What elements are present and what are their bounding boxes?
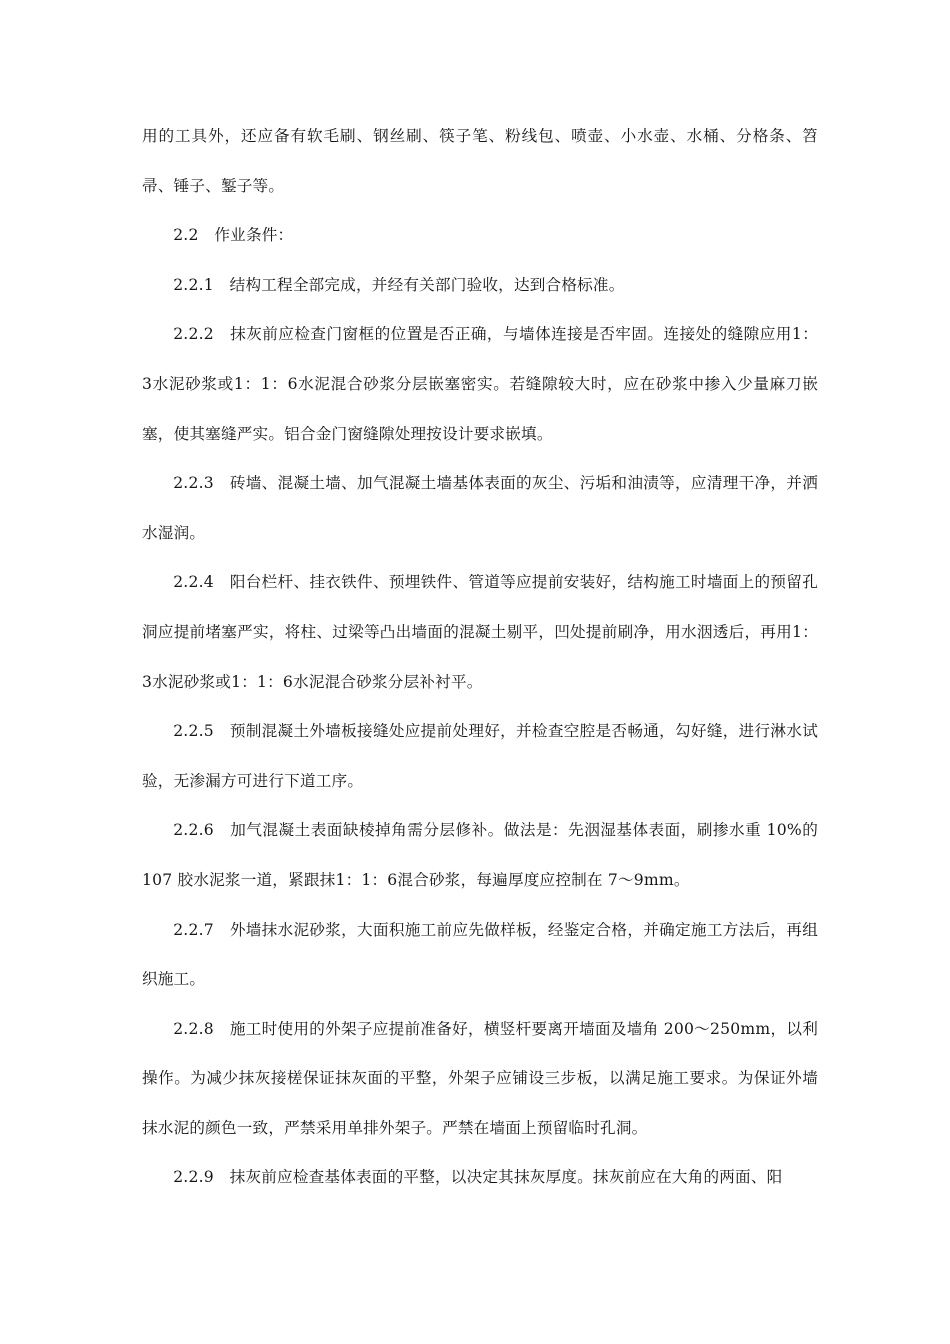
paragraph: 2.2.2 抹灰前应检查门窗框的位置是否正确，与墙体连接是否牢固。连接处的缝隙应…: [142, 310, 818, 459]
paragraph: 2.2.9 抹灰前应检查基体表面的平整，以决定其抹灰厚度。抹灰前应在大角的两面、…: [142, 1153, 818, 1203]
paragraph: 2.2.3 砖墙、混凝土墙、加气混凝土墙基体表面的灰尘、污垢和油渍等，应清理干净…: [142, 459, 818, 558]
paragraph: 2.2 作业条件：: [142, 211, 818, 261]
paragraph: 2.2.1 结构工程全部完成，并经有关部门验收，达到合格标准。: [142, 261, 818, 311]
document-page: 用的工具外，还应备有软毛刷、钢丝刷、筷子笔、粉线包、喷壶、小水壶、水桶、分格条、…: [0, 0, 950, 1344]
paragraph: 2.2.7 外墙抹水泥砂浆，大面积施工前应先做样板，经鉴定合格，并确定施工方法后…: [142, 906, 818, 1005]
document-body: 用的工具外，还应备有软毛刷、钢丝刷、筷子笔、粉线包、喷壶、小水壶、水桶、分格条、…: [142, 112, 818, 1203]
paragraph: 2.2.8 施工时使用的外架子应提前准备好，横竖杆要离开墙面及墙角 200～25…: [142, 1005, 818, 1154]
paragraph: 2.2.6 加气混凝土表面缺棱掉角需分层修补。做法是：先洇湿基体表面，刷掺水重 …: [142, 806, 818, 905]
paragraph: 用的工具外，还应备有软毛刷、钢丝刷、筷子笔、粉线包、喷壶、小水壶、水桶、分格条、…: [142, 112, 818, 211]
paragraph: 2.2.5 预制混凝土外墙板接缝处应提前处理好，并检查空腔是否畅通，勾好缝，进行…: [142, 707, 818, 806]
paragraph: 2.2.4 阳台栏杆、挂衣铁件、预埋铁件、管道等应提前安装好，结构施工时墙面上的…: [142, 558, 818, 707]
